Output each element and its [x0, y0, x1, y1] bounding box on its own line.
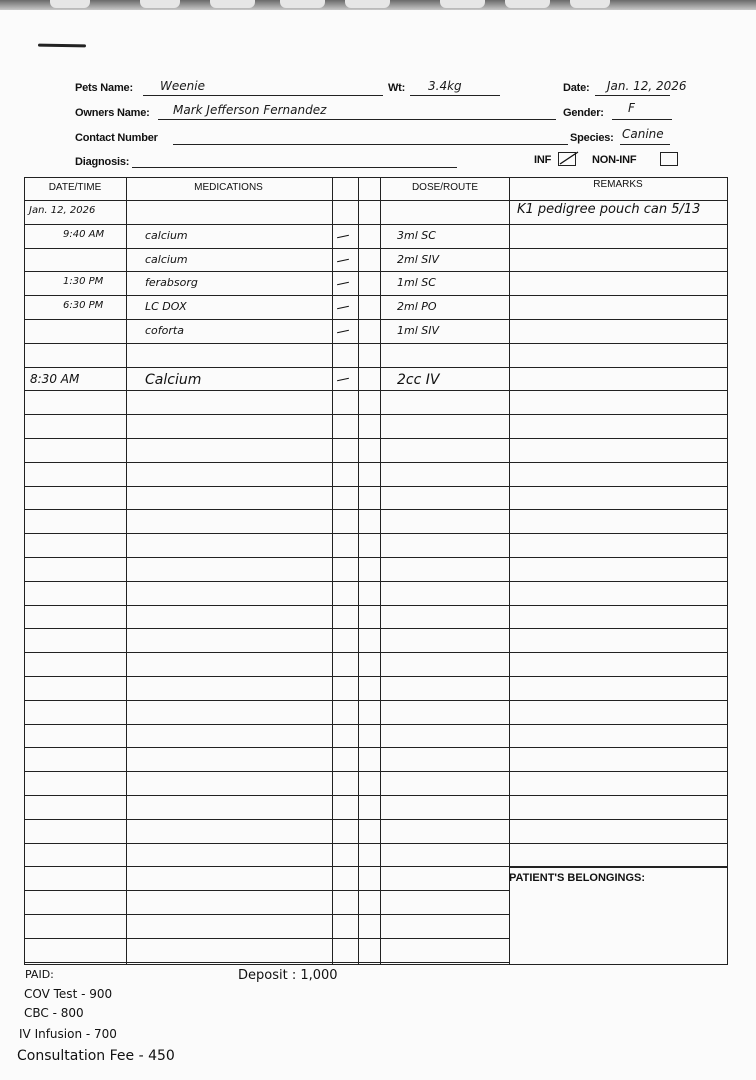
row-divider [25, 771, 727, 772]
contact-label: Contact Number [75, 132, 158, 144]
top-edge-shadow [0, 0, 756, 10]
row-divider [25, 533, 727, 534]
header-dose-route: DOSE/ROUTE [381, 182, 509, 193]
row-divider [25, 462, 727, 463]
header-remarks: REMARKS [510, 179, 726, 190]
row-divider [25, 914, 509, 915]
check-mark-icon [337, 282, 349, 285]
owner-name-label: Owners Name: [75, 107, 150, 119]
header-datetime: DATE/TIME [25, 182, 125, 193]
gender-value[interactable]: F [628, 101, 635, 115]
row-divider [25, 295, 727, 296]
row-divider [25, 200, 727, 201]
row-divider [25, 676, 727, 677]
check-mark-icon [337, 330, 349, 333]
cell-datetime[interactable]: 9:40 AM [63, 229, 104, 240]
diagnosis-line [132, 167, 457, 168]
cell-medication[interactable]: LC DOX [145, 300, 187, 313]
contact-line [173, 144, 568, 145]
paid-item: Consultation Fee - 450 [17, 1048, 175, 1064]
paid-item: IV Infusion - 700 [19, 1027, 117, 1041]
cell-datetime[interactable]: 6:30 PM [63, 300, 103, 311]
weight-value[interactable]: 3.4kg [428, 79, 462, 93]
row-divider [25, 962, 509, 963]
check-mark-icon [337, 235, 349, 238]
cell-datetime[interactable]: 1:30 PM [63, 276, 103, 287]
pet-name-value[interactable]: Weenie [160, 79, 205, 93]
treatment-table: DATE/TIME MEDICATIONS DOSE/ROUTE REMARKS… [24, 177, 728, 965]
cell-dose-route[interactable]: 1ml SIV [397, 324, 439, 337]
cell-dose-route[interactable]: 2ml PO [397, 300, 437, 313]
gender-label: Gender: [563, 107, 604, 119]
row-divider [25, 724, 727, 725]
cell-medication[interactable]: ferabsorg [145, 276, 198, 289]
row-divider [25, 581, 727, 582]
row-divider [25, 628, 727, 629]
owner-name-value[interactable]: Mark Jefferson Fernandez [173, 103, 326, 117]
row-divider [25, 700, 727, 701]
check-mark-icon [337, 306, 349, 309]
inf-label: INF [534, 154, 551, 166]
cell-medication[interactable]: calcium [145, 253, 188, 266]
row-divider [25, 390, 727, 391]
cell-remarks[interactable]: K1 pedigree pouch can 5/13 [517, 202, 700, 217]
date-label: Date: [563, 82, 590, 94]
cell-dose-route[interactable]: 2cc IV [397, 372, 439, 388]
cell-medication[interactable]: Calcium [145, 372, 201, 388]
cell-dose-route[interactable]: 2ml SIV [397, 253, 439, 266]
row-divider [25, 557, 727, 558]
noninf-label: NON-INF [592, 154, 636, 166]
paid-label: PAID: [25, 968, 54, 981]
pen-mark [38, 44, 86, 48]
row-divider [25, 795, 727, 796]
row-divider [25, 271, 727, 272]
patients-belongings-label: PATIENT'S BELONGINGS: [509, 872, 645, 884]
belongings-box-border [509, 867, 727, 868]
row-divider [25, 367, 727, 368]
row-divider [25, 605, 727, 606]
diagnosis-label: Diagnosis: [75, 156, 129, 168]
row-divider [25, 414, 727, 415]
deposit-note: Deposit : 1,000 [238, 968, 338, 983]
row-divider [25, 747, 727, 748]
row-divider [25, 509, 727, 510]
date-value[interactable]: Jan. 12, 2026 [607, 79, 687, 93]
row-divider [25, 438, 727, 439]
check-slash-icon [558, 151, 580, 165]
paid-item: COV Test - 900 [24, 987, 112, 1001]
row-divider [25, 486, 727, 487]
date-line [595, 95, 670, 96]
species-label: Species: [570, 132, 614, 144]
cell-medication[interactable]: calcium [145, 229, 188, 242]
gender-line [612, 119, 672, 120]
cell-dose-route[interactable]: 3ml SC [397, 229, 436, 242]
row-divider [25, 819, 727, 820]
cell-dose-route[interactable]: 1ml SC [397, 276, 436, 289]
row-divider [25, 343, 727, 344]
weight-label: Wt: [388, 82, 405, 94]
row-divider [25, 890, 509, 891]
cell-datetime[interactable]: Jan. 12, 2026 [29, 205, 95, 216]
noninf-checkbox[interactable] [660, 152, 678, 166]
cell-datetime[interactable]: 8:30 AM [30, 372, 79, 386]
cell-medication[interactable]: coforta [145, 324, 184, 337]
paid-item: CBC - 800 [24, 1006, 84, 1020]
row-divider [25, 319, 727, 320]
inf-checkbox[interactable] [558, 152, 576, 166]
check-mark-icon [337, 377, 349, 380]
header-medications: MEDICATIONS [126, 182, 331, 193]
row-divider [25, 652, 727, 653]
pet-name-label: Pets Name: [75, 82, 133, 94]
row-divider [25, 248, 727, 249]
pet-name-line [143, 95, 383, 96]
row-divider [25, 224, 727, 225]
species-value[interactable]: Canine [622, 127, 664, 141]
species-line [620, 144, 670, 145]
row-divider [25, 843, 727, 844]
check-mark-icon [337, 258, 349, 261]
weight-line [410, 95, 500, 96]
row-divider [25, 938, 509, 939]
owner-name-line [158, 119, 556, 120]
